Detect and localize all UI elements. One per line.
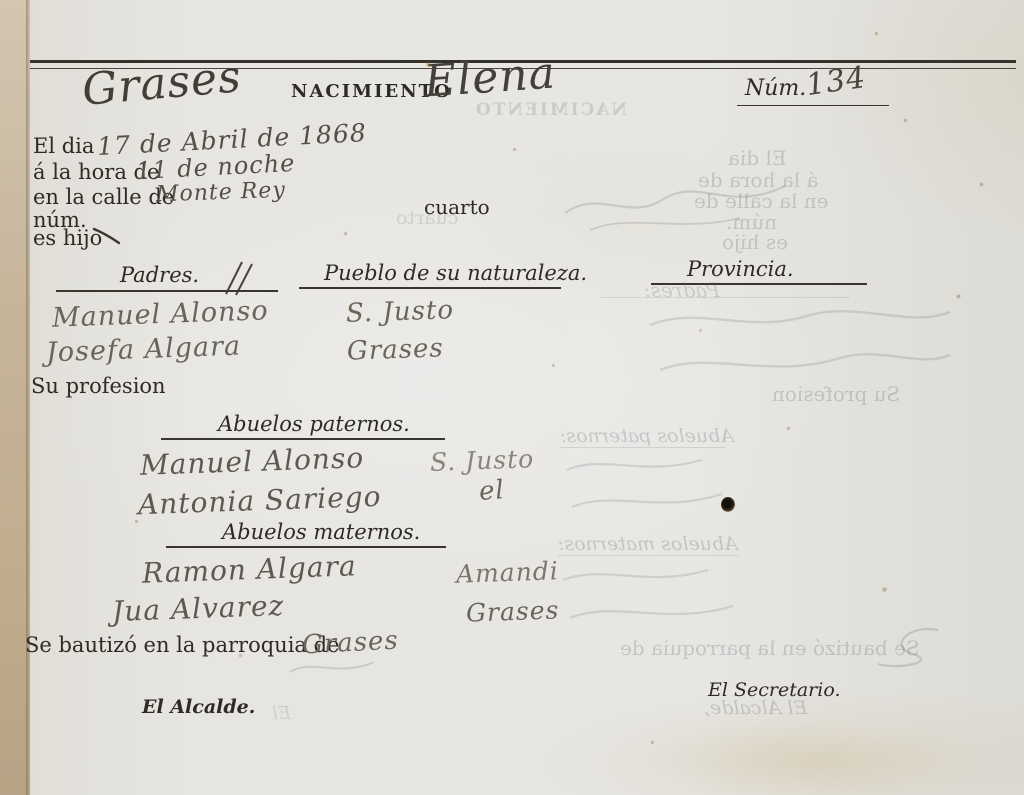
parents-header-rule [56, 290, 278, 292]
bleedthrough-parents-rule [600, 297, 850, 298]
maternal-grandparents-header: Abuelos maternos. [222, 520, 420, 544]
maternal-grandparents-rule [166, 546, 446, 548]
bleedthrough-paternal-rule [560, 447, 725, 448]
ink-blot [721, 497, 735, 512]
paper-stain [640, 720, 980, 795]
paternal-grandmother-name: Antonia Sariego [137, 480, 382, 521]
bleedthrough-handwriting [560, 168, 790, 238]
es-hijo-stroke [92, 226, 122, 246]
bleedthrough-paternal-header: Abuelos paternos: [560, 425, 734, 447]
bleedthrough-handwriting [640, 300, 960, 390]
maternal-grandmother-birthplace: Grases [466, 595, 560, 627]
father-birthplace: S. Justo [346, 295, 455, 329]
birthplace-header-rule [299, 287, 561, 289]
profession-label: Su profesion [31, 374, 166, 398]
bleedthrough-handwriting [282, 650, 382, 685]
bleedthrough-title: NACIMIENTO [474, 100, 627, 120]
bleedthrough-maternal-header: Abuelos maternos: [558, 533, 738, 555]
mayor-signature-label: El Alcalde. [142, 696, 255, 718]
paternal-grandfather-birthplace: S. Justo [430, 444, 535, 477]
mother-name: Josefa Algara [46, 331, 242, 369]
bleedthrough-maternal-rule [558, 555, 738, 556]
bleedthrough-floor-label: cuarto [396, 207, 458, 229]
col-header-birthplace: Pueblo de su naturaleza. [324, 261, 587, 285]
paternal-grandmother-birthplace: el [478, 475, 506, 507]
bleedthrough-handwriting [558, 560, 748, 635]
maternal-grandmother-name: Jua Alvarez [111, 589, 284, 628]
paternal-grandparents-header: Abuelos paternos. [218, 412, 410, 436]
mother-birthplace: Grases [347, 333, 445, 366]
maternal-grandfather-birthplace: Amandi [456, 556, 560, 589]
paper-speckles [0, 0, 1, 1]
col-header-parents: Padres. [120, 263, 199, 287]
handwritten-given-name: Elena [422, 47, 557, 107]
field-street-label: en la calle de [33, 185, 174, 209]
maternal-grandfather-name: Ramon Algara [141, 549, 357, 589]
bleedthrough-parents-header: Padres: [644, 278, 720, 302]
num-underline [737, 105, 889, 106]
paternal-grandfather-name: Manuel Alonso [139, 441, 364, 482]
bleedthrough-day-label: El dia [728, 146, 786, 170]
bleedthrough-handwriting [562, 452, 742, 522]
num-label: Núm. [745, 76, 806, 101]
paternal-grandparents-rule [161, 438, 445, 440]
field-day-label: El dia [33, 134, 94, 158]
scanned-birth-record-page: Grases NACIMIENTO Elena Núm. 134 El dia … [0, 0, 1024, 795]
field-street-value: Monte Rey [156, 178, 287, 208]
bleedthrough-mayor-fragment: El [272, 703, 291, 724]
bleedthrough-mayor-label: El Alcalde, [704, 697, 807, 719]
father-name: Manuel Alonso [52, 295, 270, 334]
handwritten-num-value: 134 [804, 60, 869, 103]
bleedthrough-handwriting [868, 622, 958, 672]
